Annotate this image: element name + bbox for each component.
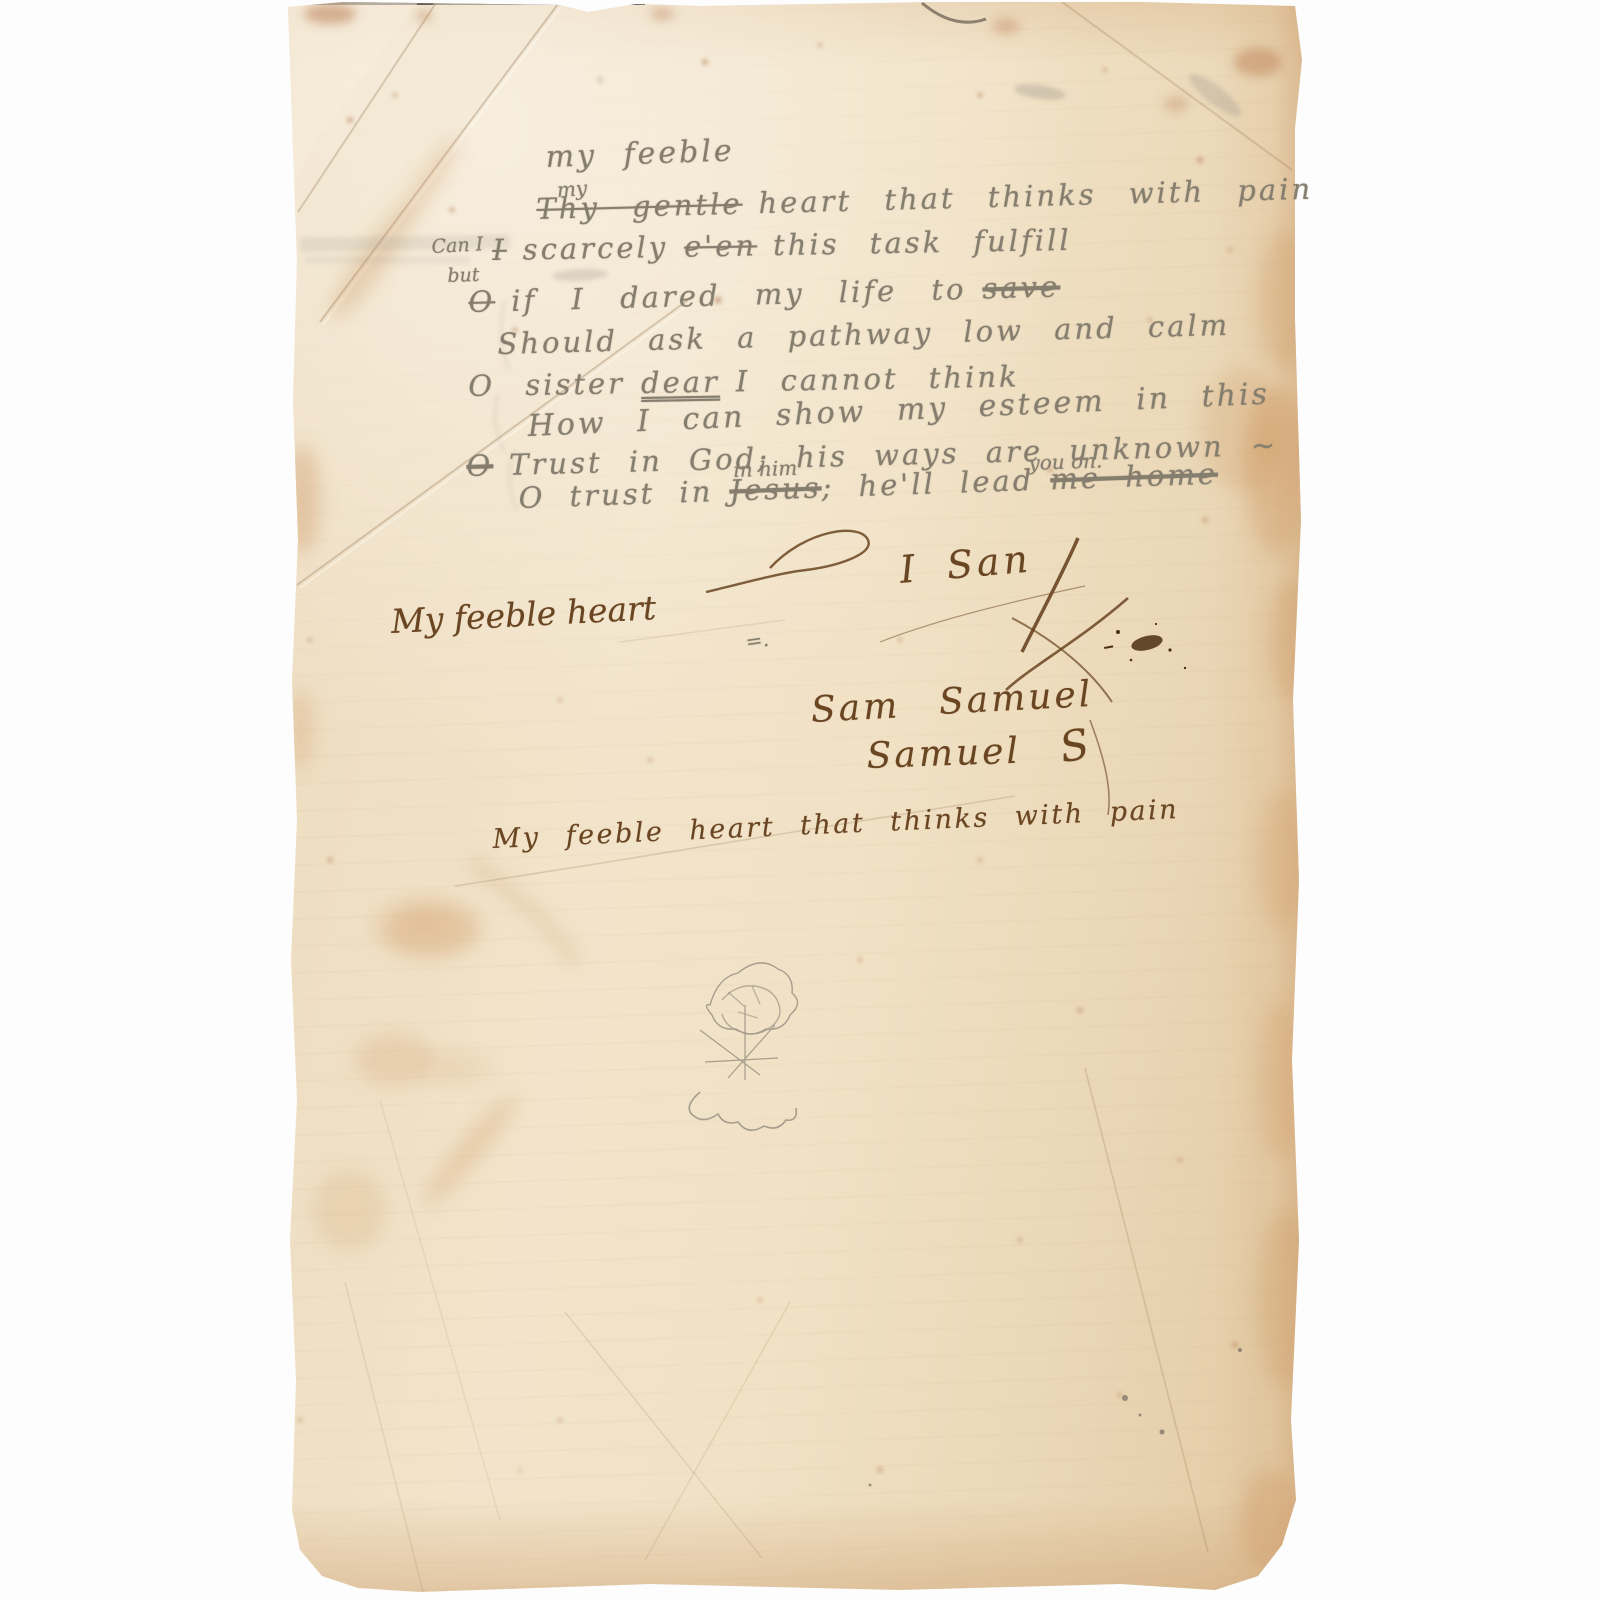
line-text: scarcely — [522, 230, 684, 267]
pencil-margin-can-i: Can I — [431, 233, 484, 258]
ink-signature-samuel-1: Samuel — [938, 674, 1094, 723]
ink-blot — [1104, 623, 1186, 669]
struck-letter: O — [468, 284, 512, 319]
struck-word: e'en — [684, 228, 774, 264]
line-text: this task fulfill — [773, 223, 1072, 262]
pencil-margin-but: but — [447, 264, 480, 287]
ink-signature-samuel-2: Samuel — [866, 731, 1022, 777]
struck-word: save — [982, 270, 1061, 306]
scanned-document: my feeble my Thy gentleheart that thinks… — [0, 0, 1600, 1600]
flower-sketch — [689, 963, 797, 1130]
pencil-equals-mark: =. — [744, 627, 770, 654]
struck-letter: O — [466, 448, 510, 483]
struck-words: Thy gentle — [536, 186, 759, 226]
line-text: O sister — [468, 366, 641, 403]
struck-word: Jesus — [729, 470, 822, 507]
struck-letter: I — [492, 232, 523, 267]
pencil-insert-my-feeble: my feeble — [545, 133, 735, 175]
ink-signature-sam: Sam — [810, 685, 901, 731]
underlined-word: dear — [641, 364, 736, 400]
struck-words: me home — [1050, 457, 1219, 497]
